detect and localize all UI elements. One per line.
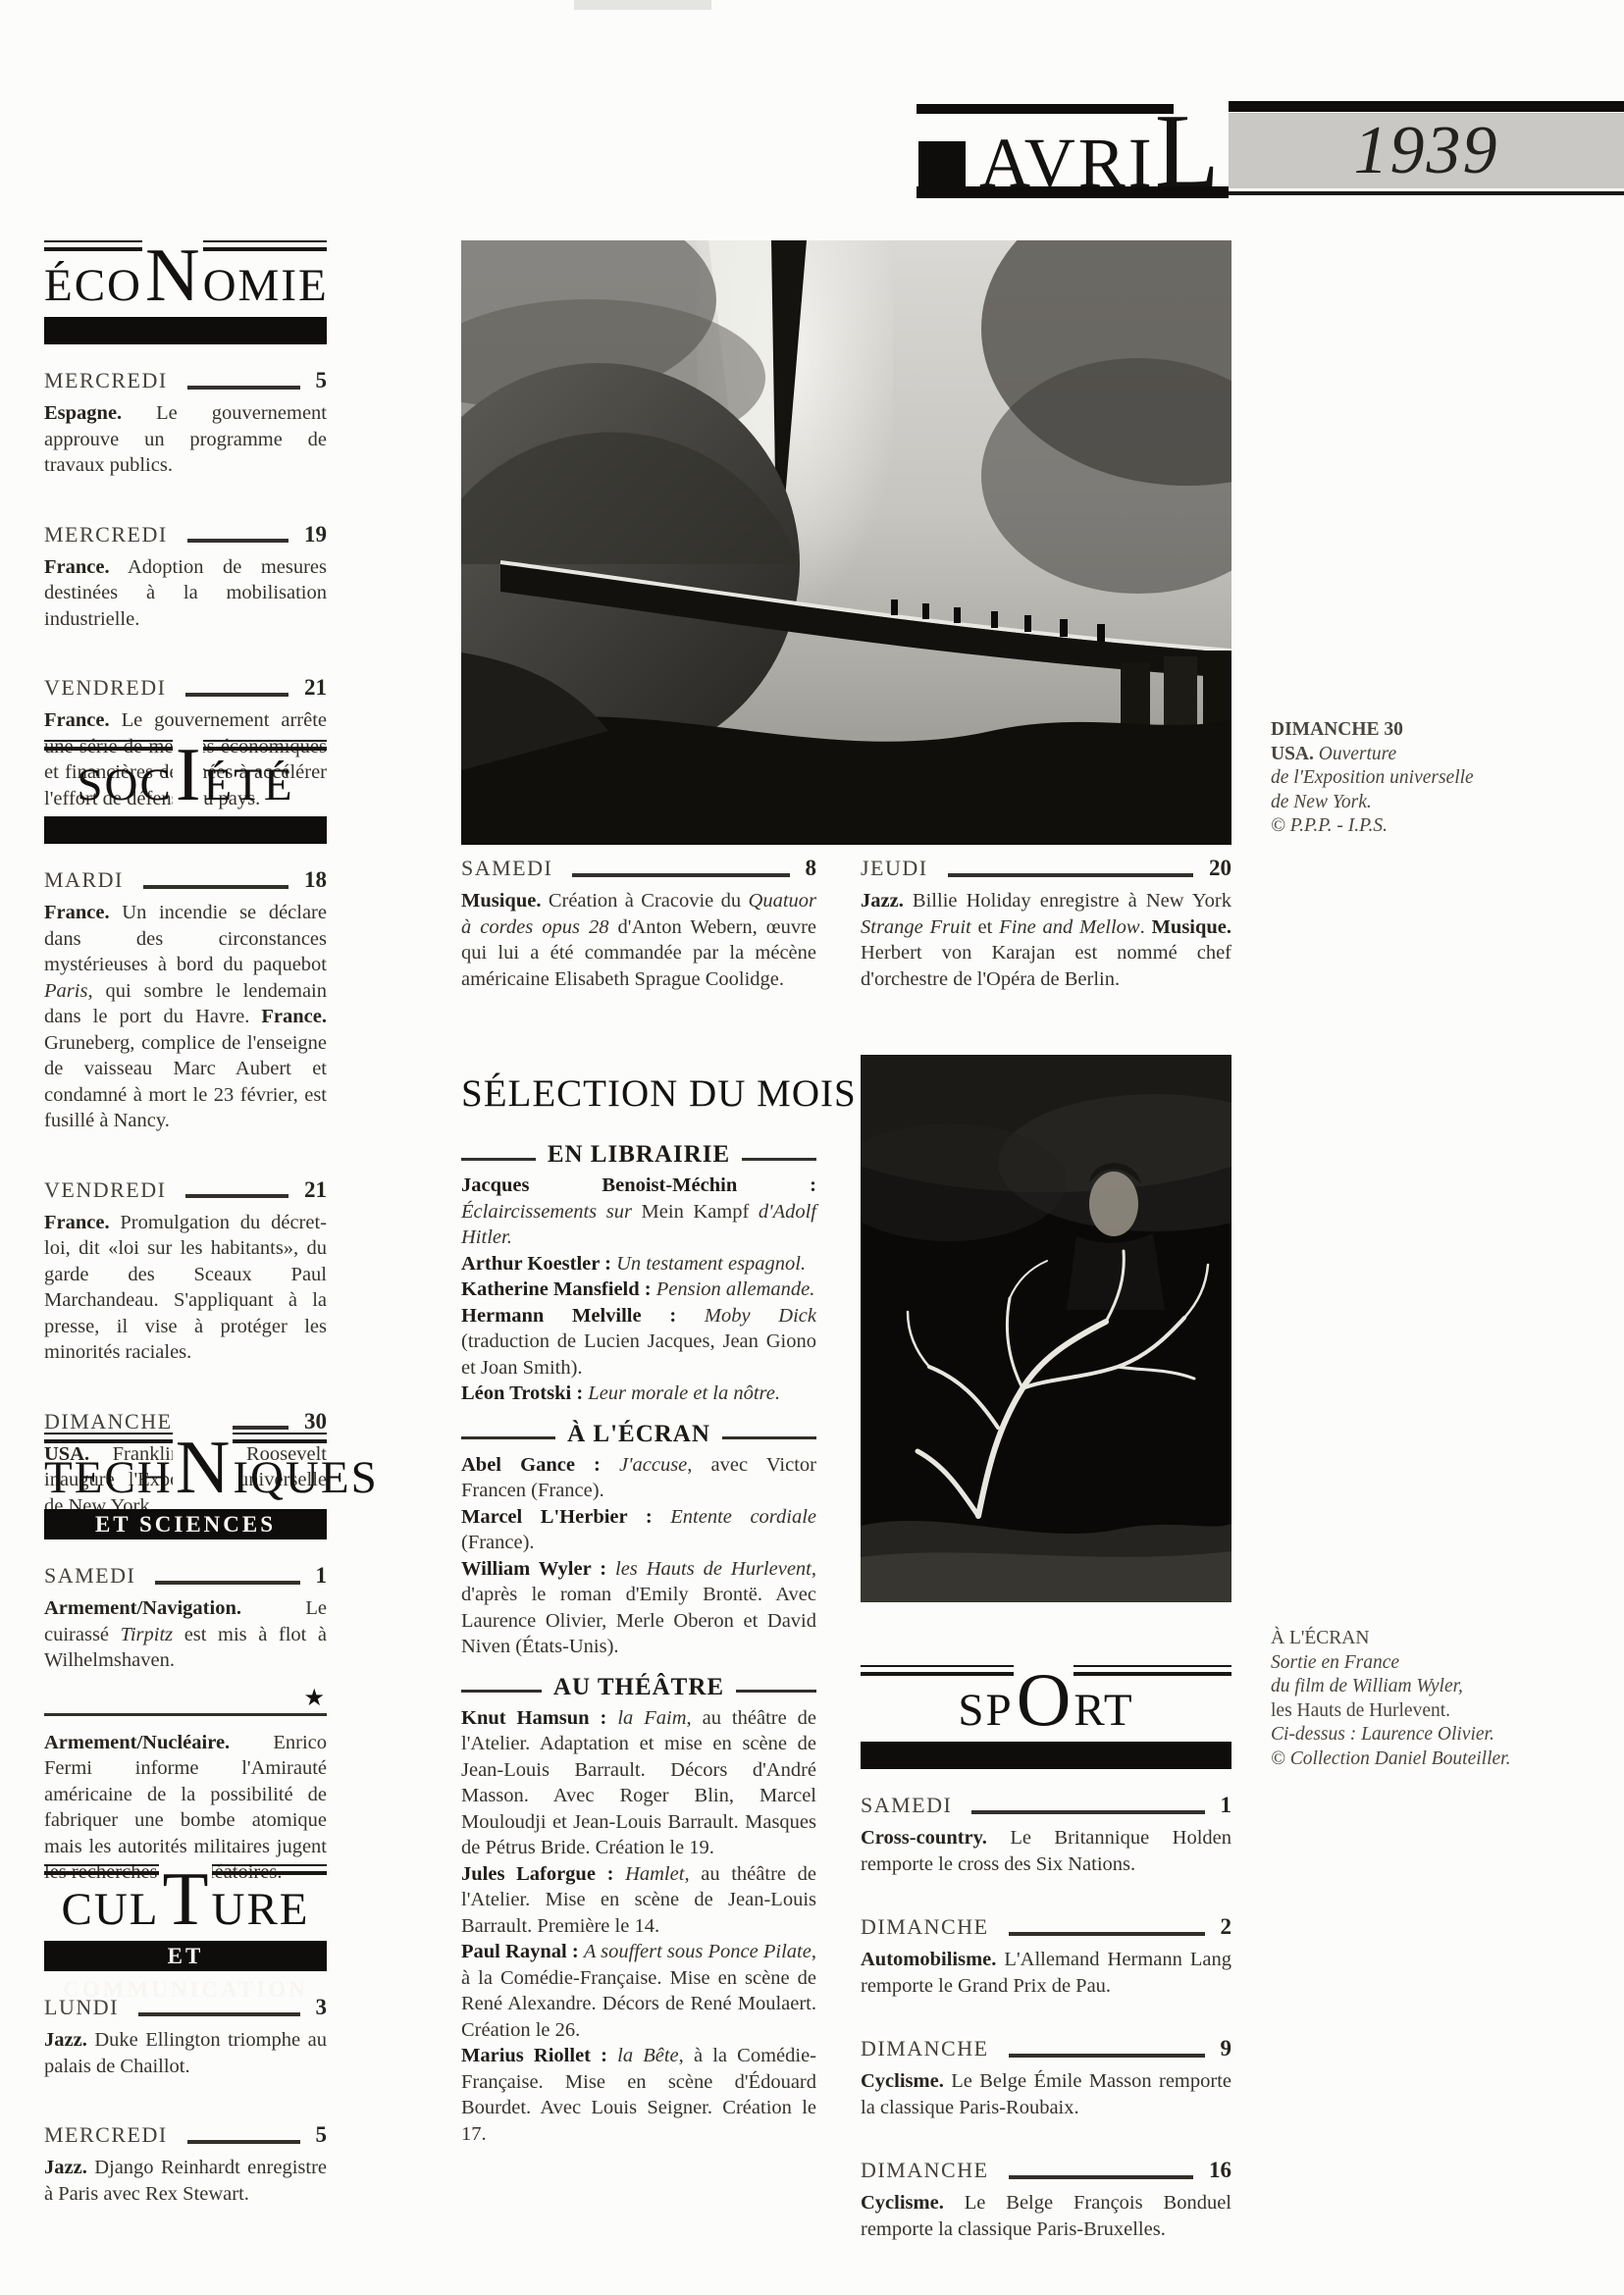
entry-text: Jazz. Duke Ellington triomphe au palais … (44, 2027, 327, 2079)
caption-line: Sortie en France (1271, 1651, 1555, 1676)
year-box-underline (1229, 191, 1624, 195)
entry-text: France. Promulgation du décret-loi, dit … (44, 1210, 327, 1366)
techniques-black-bar: ET SCIENCES (44, 1509, 327, 1539)
entry-day: VENDREDI (44, 675, 166, 701)
culture-black-bar: ET COMMUNICATION (44, 1941, 327, 1971)
entry-text: Armement/Navigation. Le cuirassé Tirpitz… (44, 1595, 327, 1674)
sport-entry: DIMANCHE16 Cyclisme. Le Belge François B… (861, 2158, 1231, 2242)
caption-line: les Hauts de Hurlevent. (1271, 1699, 1555, 1724)
photo-hauts-de-hurlevent (861, 1055, 1231, 1602)
sport-title-big-letter: O (1014, 1657, 1074, 1742)
culture-entry: MERCREDI5 Jazz. Django Reinhardt enregis… (44, 2122, 327, 2207)
selection-item: Marius Riollet : la Bête, à la Comédie-F… (461, 2043, 816, 2147)
entry-text: France. Adoption de mesures destinées à … (44, 554, 327, 633)
caption-line: USA. Ouverture (1271, 743, 1545, 767)
caption-exposition: DIMANCHE 30 USA. Ouverture de l'Expositi… (1271, 718, 1545, 839)
entry-day: DIMANCHE (861, 2036, 989, 2061)
day-rule (143, 872, 288, 889)
culture-subtitle: ET COMMUNICATION (63, 1944, 307, 2002)
societe-title: ÉTÉ (203, 759, 293, 810)
rule (736, 1682, 816, 1693)
entry-date: 19 (304, 522, 327, 548)
entry-text: Cross-country. Le Britannique Holden rem… (861, 1825, 1231, 1877)
day-rule (187, 526, 288, 543)
year-box: 1939 (1229, 113, 1624, 188)
photo-exposition-universelle-new-york (461, 240, 1231, 845)
entry-date: 5 (316, 368, 328, 393)
entry-text: France. Un incendie se déclare dans des … (44, 900, 327, 1134)
section-selection-du-mois: SÉLECTION DU MOIS EN LIBRAIRIE Jacques B… (461, 1071, 816, 2147)
entry-day: MERCREDI (44, 368, 168, 393)
caption-line: de l'Exposition universelle (1271, 766, 1545, 791)
entry-text: Musique. Création à Cracovie du Quatuor … (461, 888, 816, 992)
selection-item: Katherine Mansfield : Pension allemande. (461, 1277, 816, 1303)
day-rule (187, 2127, 300, 2144)
economie-title-big-letter: N (142, 233, 203, 317)
selection-item: Paul Raynal : A souffert sous Ponce Pila… (461, 1939, 816, 2043)
entry-day: SAMEDI (861, 1793, 952, 1818)
caption-line: de New York. (1271, 791, 1545, 815)
section-sport: SPORT SAMEDI1 Cross-country. Le Britanni… (861, 1663, 1231, 2285)
entry-text: Jazz. Billie Holiday enregistre à New Yo… (861, 888, 1231, 992)
section-culture: CULTURE ET COMMUNICATION LUNDI3 Jazz. Du… (44, 1862, 327, 2250)
economie-title: OMIE (203, 260, 329, 311)
culture-entry: LUNDI3 Jazz. Duke Ellington triomphe au … (44, 1995, 327, 2079)
selection-item: Léon Trotski : Leur morale et la nôtre. (461, 1381, 816, 1407)
entry-day: SAMEDI (461, 856, 552, 881)
day-rule (1009, 2163, 1193, 2179)
star-icon: ★ (303, 1684, 325, 1712)
entry-text: Jazz. Django Reinhardt enregistre à Pari… (44, 2155, 327, 2207)
economie-black-bar (44, 317, 327, 344)
entry-date: 18 (304, 867, 327, 893)
subhead-label: À L'ÉCRAN (567, 1421, 710, 1448)
techniques-subtitle: ET SCIENCES (95, 1512, 276, 1537)
selection-subhead-ecran: À L'ÉCRAN (461, 1421, 816, 1448)
year-label: 1939 (1354, 113, 1499, 188)
selection-item: Knut Hamsun : la Faim, au théâtre de l'A… (461, 1705, 816, 1861)
rule (461, 1429, 555, 1439)
selection-item: Jacques Benoist-Méchin : Éclaircissement… (461, 1173, 816, 1251)
selection-item: Marcel L'Herbier : Entente cordiale (Fra… (461, 1504, 816, 1556)
culture-title: URE (212, 1884, 310, 1935)
day-rule (155, 1568, 299, 1585)
day-rule (572, 861, 789, 877)
entry-day: SAMEDI (44, 1563, 135, 1589)
societe-entry: MARDI18 France. Un incendie se déclare d… (44, 867, 327, 1134)
entry-text: Cyclisme. Le Belge François Bonduel remp… (861, 2190, 1231, 2242)
rule (742, 1150, 816, 1161)
jazz-entry: JEUDI20 Jazz. Billie Holiday enregistre … (861, 856, 1231, 992)
economie-entry: MERCREDI19 France. Adoption de mesures d… (44, 522, 327, 633)
entry-text: Automobilisme. L'Allemand Hermann Lang r… (861, 1947, 1231, 1999)
day-rule (185, 680, 288, 697)
subhead-label: EN LIBRAIRIE (548, 1141, 730, 1169)
techniques-title: IQUES (233, 1452, 378, 1503)
sport-header: SPORT (861, 1663, 1231, 1769)
techniques-title-big-letter: N (173, 1425, 234, 1509)
day-rule (187, 373, 300, 390)
rule (461, 1150, 536, 1161)
entry-date: 5 (316, 2122, 328, 2148)
techniques-entry: SAMEDI1 Armement/Navigation. Le cuirassé… (44, 1563, 327, 1674)
day-rule (971, 1798, 1204, 1814)
day-rule (948, 861, 1193, 877)
sport-entry: DIMANCHE9 Cyclisme. Le Belge Émile Masso… (861, 2036, 1231, 2120)
sport-title: RT (1074, 1685, 1133, 1736)
entry-day: DIMANCHE (861, 1914, 989, 1940)
entry-text: Espagne. Le gouvernement approuve un pro… (44, 400, 327, 479)
entry-date: 9 (1221, 2036, 1232, 2061)
entry-rule: ★ (44, 1713, 327, 1716)
selection-item: William Wyler : les Hauts de Hurlevent, … (461, 1556, 816, 1660)
selection-item: Jules Laforgue : Hamlet, au théâtre de l… (461, 1861, 816, 1940)
economie-entry: MERCREDI5 Espagne. Le gouvernement appro… (44, 368, 327, 479)
caption-line: À L'ÉCRAN (1271, 1627, 1555, 1651)
entry-date: 21 (304, 1177, 327, 1203)
culture-title-big-letter: T (159, 1856, 211, 1941)
masthead: AVRIL 1939 (913, 96, 1624, 204)
sport-black-bar (861, 1742, 1231, 1769)
entry-day: DIMANCHE (861, 2158, 989, 2183)
section-techniques: TECHNIQUES ET SCIENCES SAMEDI1 Armement/… (44, 1431, 327, 1929)
entry-date: 3 (316, 1995, 328, 2020)
entry-date: 20 (1209, 856, 1231, 881)
caption-line: DIMANCHE 30 (1271, 718, 1545, 743)
selection-subhead-librairie: EN LIBRAIRIE (461, 1141, 816, 1169)
day-rule (1009, 2041, 1205, 2058)
sport-title: SP (958, 1685, 1013, 1736)
masthead-underline (917, 186, 1229, 198)
rule (722, 1429, 816, 1439)
entry-day: MERCREDI (44, 2122, 168, 2148)
square-bullet-icon (918, 141, 966, 186)
month-title: AVRIL (913, 110, 1229, 194)
selection-title: SÉLECTION DU MOIS (461, 1071, 816, 1116)
entry-day: VENDREDI (44, 1177, 166, 1203)
caption-line: © P.P.P. - I.P.S. (1271, 814, 1545, 839)
entry-text: Cyclisme. Le Belge Émile Masson remporte… (861, 2068, 1231, 2120)
entry-date: 8 (806, 856, 817, 881)
societe-header: SOCIÉTÉ (44, 738, 327, 844)
societe-black-bar (44, 816, 327, 844)
techniques-header: TECHNIQUES ET SCIENCES (44, 1431, 327, 1539)
selection-item: Hermann Melville : Moby Dick (traduction… (461, 1303, 816, 1382)
societe-title-big-letter: I (173, 732, 204, 816)
entry-date: 16 (1209, 2158, 1231, 2183)
economie-title: ÉCO (44, 260, 142, 311)
entry-date: 21 (304, 675, 327, 701)
selection-item: Arthur Koestler : Un testament espagnol. (461, 1251, 816, 1278)
sport-entry: DIMANCHE2 Automobilisme. L'Allemand Herm… (861, 1914, 1231, 1999)
caption-line: Ci-dessus : Laurence Olivier. (1271, 1723, 1555, 1747)
selection-item: Abel Gance : J'accuse, avec Victor Franc… (461, 1452, 816, 1504)
magazine-page: { "header": { "month_pre": "AVRI", "mont… (0, 0, 1624, 2295)
sport-entry: SAMEDI1 Cross-country. Le Britannique Ho… (861, 1793, 1231, 1877)
entry-day: MERCREDI (44, 522, 168, 548)
caption-hurlevent: À L'ÉCRAN Sortie en France du film de Wi… (1271, 1627, 1555, 1771)
entry-day: MARDI (44, 867, 124, 893)
societe-title: SOC (77, 759, 172, 810)
selection-subhead-theatre: AU THÉÂTRE (461, 1674, 816, 1701)
subhead-label: AU THÉÂTRE (553, 1674, 724, 1701)
masthead-rule-right (1229, 101, 1624, 112)
culture-header: CULTURE ET COMMUNICATION (44, 1862, 327, 1971)
caption-line: © Collection Daniel Bouteiller. (1271, 1747, 1555, 1772)
societe-entry: VENDREDI21 France. Promulgation du décre… (44, 1177, 327, 1366)
day-rule (185, 1181, 288, 1198)
caption-line: du film de William Wyler, (1271, 1675, 1555, 1699)
economie-header: ÉCONOMIE (44, 238, 327, 344)
culture-title: CUL (61, 1884, 159, 1935)
entry-date: 1 (1221, 1793, 1232, 1818)
techniques-title: TECH (44, 1452, 173, 1503)
rule (461, 1682, 542, 1693)
day-rule (1009, 1919, 1205, 1936)
entry-day: JEUDI (861, 856, 928, 881)
entry-date: 1 (316, 1563, 328, 1589)
musique-entry: SAMEDI8 Musique. Création à Cracovie du … (461, 856, 816, 992)
entry-date: 2 (1221, 1914, 1232, 1940)
scan-artifact (574, 0, 711, 10)
